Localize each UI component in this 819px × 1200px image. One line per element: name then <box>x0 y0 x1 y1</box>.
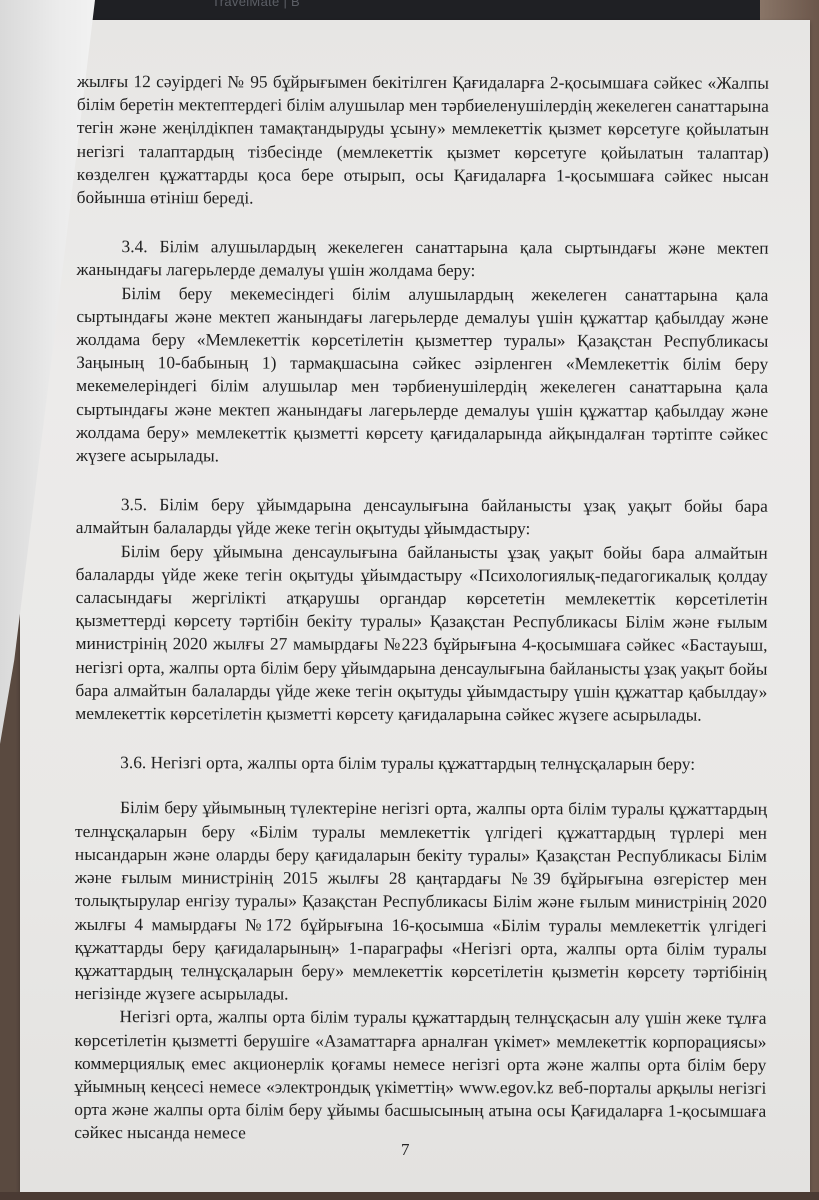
paragraph-3-5: Білім беру ұйымына денсаулығына байланыс… <box>75 540 767 727</box>
section-heading-3-6: 3.6. Негізгі орта, жалпы орта білім тура… <box>75 751 767 776</box>
table-edge <box>0 1192 819 1200</box>
laptop-brand-label: TravelMate | B <box>212 0 300 9</box>
laptop-bezel: TravelMate | B <box>70 0 760 22</box>
paragraph-continuation: жылғы 12 сәуірдегі № 95 бұйрығымен бекіт… <box>77 70 769 211</box>
section-heading-3-5: 3.5. Білім беру ұйымдарына денсаулығына … <box>76 493 768 541</box>
document-body: жылғы 12 сәуірдегі № 95 бұйрығымен бекіт… <box>74 70 769 1146</box>
paragraph-3-6-a: Білім беру ұйымының түлектеріне негізгі … <box>75 796 768 1007</box>
page-number: 7 <box>401 1140 410 1160</box>
section-heading-3-4: 3.4. Білім алушылардың жекелеген санатта… <box>76 235 768 283</box>
paragraph-3-6-b: Негізгі орта, жалпы орта білім туралы құ… <box>74 1005 766 1146</box>
paragraph-3-4: Білім беру мекемесіндегі білім алушылард… <box>76 282 768 469</box>
